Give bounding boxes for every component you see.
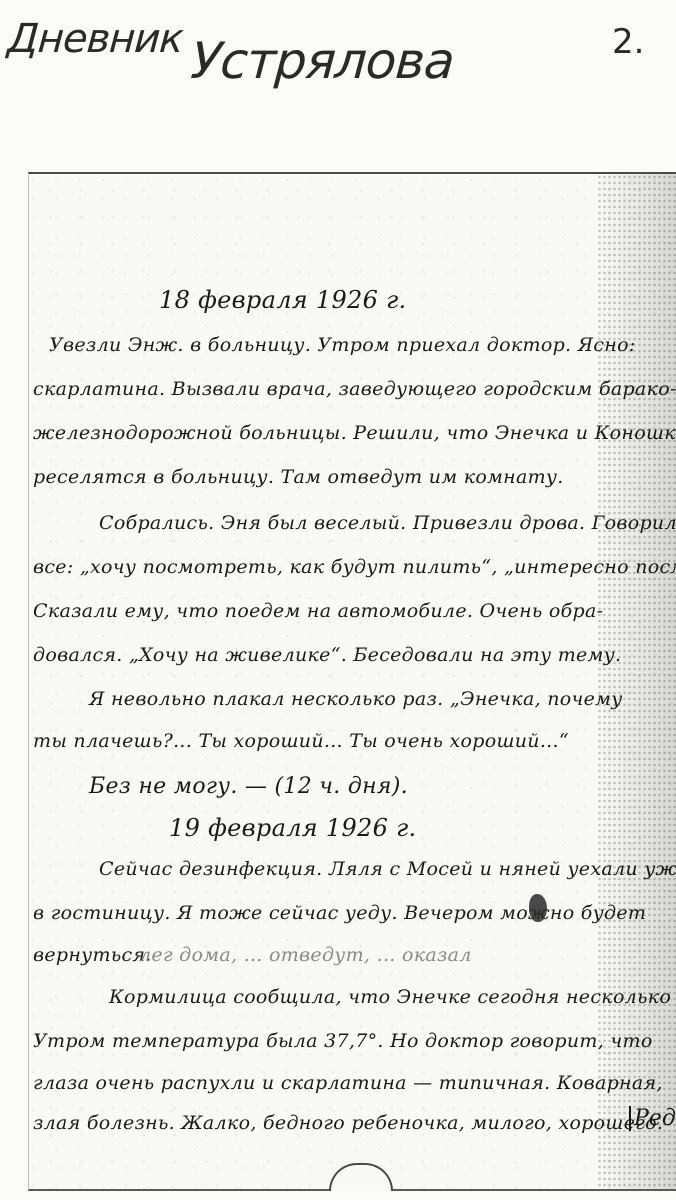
title-word-name: Устрялова — [189, 32, 456, 90]
text-line: реселятся в больницу. Там отведут им ком… — [33, 466, 564, 488]
text-line: все: „хочу посмотреть, как будут пилить“… — [33, 556, 676, 578]
text-line: Без не могу. — (12 ч. дня). — [89, 774, 408, 799]
photocopy-sheet: 18 февраля 1926 г. Увезли Энж. в больниц… — [28, 172, 676, 1191]
text-line: в гостиницу. Я тоже сейчас уеду. Вечером… — [33, 902, 646, 924]
text-line: Увезли Энж. в больницу. Утром приехал до… — [49, 334, 636, 356]
text-line: довался. „Хочу на живелике“. Беседовали … — [33, 644, 621, 666]
title-word-diary: Дневник — [6, 16, 184, 62]
text-line: железнодорожной больницы. Решили, что Эн… — [33, 422, 676, 444]
text-line: злая болезнь. Жалко, бедного ребеночка, … — [33, 1112, 663, 1134]
document-title: ДневникУстрялова — [6, 6, 458, 64]
text-line: ты плачешь?... Ты хороший... Ты очень хо… — [33, 730, 569, 752]
signature: Ред. — [629, 1106, 676, 1131]
page-edge-tab — [329, 1163, 393, 1191]
text-line: Сейчас дезинфекция. Ляля с Мосей и няней… — [99, 858, 676, 880]
ink-smudge — [529, 894, 547, 922]
text-line: скарлатина. Вызвали врача, заведующего г… — [33, 378, 676, 400]
faint-text: лег дома, ... отведут, ... оказал — [139, 944, 472, 966]
text-line: вернуться. — [33, 944, 152, 966]
page-number: 2. — [612, 22, 644, 62]
text-line: Кормилица сообщила, что Энечке сегодня н… — [109, 986, 676, 1008]
entry-date: 19 февраля 1926 г. — [169, 814, 416, 842]
text-line: Утром температура была 37,7°. Но доктор … — [33, 1030, 653, 1052]
text-line: Я невольно плакал несколько раз. „Энечка… — [89, 688, 623, 710]
text-line: глаза очень распухли и скарлатина — типи… — [33, 1072, 663, 1094]
text-line: Сказали ему, что поедем на автомобиле. О… — [33, 600, 603, 622]
entry-date: 18 февраля 1926 г. — [159, 286, 406, 314]
text-line: Собрались. Эня был веселый. Привезли дро… — [99, 512, 676, 534]
